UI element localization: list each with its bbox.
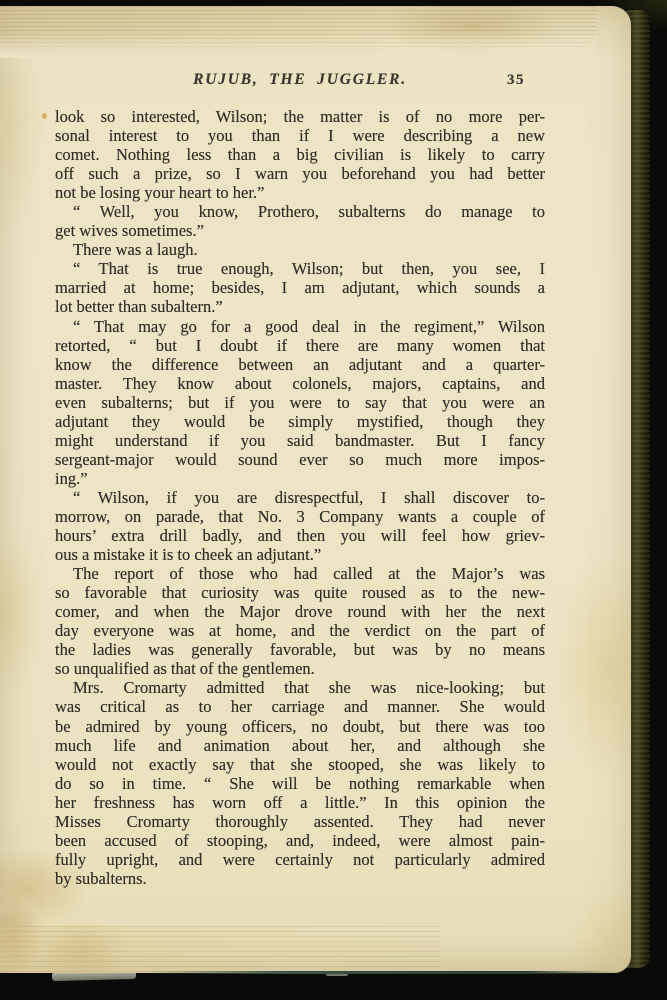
paragraph: “ That may go for a good deal in the reg… (55, 317, 545, 488)
text-line: “ Well, you know, Prothero, subalterns d… (55, 202, 545, 221)
body-text: look so interested, Wilson; the matter i… (55, 107, 545, 888)
paragraph: “ Wilson, if you are disrespectful, I sh… (55, 488, 545, 564)
text-line: retorted, “ but I doubt if there are man… (55, 336, 545, 355)
text-line: the ladies was generally favorable, but … (55, 640, 545, 659)
text-line: sergeant-major would sound ever so much … (55, 450, 545, 469)
page-stack-edge-top (0, 6, 596, 58)
text-line: ing.” (55, 469, 545, 488)
text-line: married at home; besides, I am adjutant,… (55, 278, 545, 297)
paragraph: “ Well, you know, Prothero, subalterns d… (55, 202, 545, 240)
page-number: 35 (507, 72, 525, 89)
text-line: her freshness has worn off a little.” In… (55, 793, 545, 812)
text-line: be admired by young officers, no doubt, … (55, 717, 545, 736)
text-line: ous a mistake it is to cheek an adjutant… (55, 545, 545, 564)
text-line: “ That may go for a good deal in the reg… (55, 317, 545, 336)
text-line: hours’ extra drill badly, and then you w… (55, 526, 545, 545)
text-line: was critical as to her carriage and mann… (55, 697, 545, 716)
text-line: look so interested, Wilson; the matter i… (55, 107, 545, 126)
paragraph: look so interested, Wilson; the matter i… (55, 107, 545, 202)
text-line: fully upright, and were certainly not pa… (55, 850, 545, 869)
running-title: RUJUB, THE JUGGLER. (55, 71, 545, 89)
text-line: know the difference between an adjutant … (55, 355, 545, 374)
text-line: There was a laugh. (55, 240, 545, 259)
text-line: get wives sometimes.” (55, 221, 545, 240)
text-line: might understand if you said bandmaster.… (55, 431, 545, 450)
text-line: by subalterns. (55, 869, 545, 888)
book-page: RUJUB, THE JUGGLER. 35 look so intereste… (0, 6, 631, 973)
running-header: RUJUB, THE JUGGLER. 35 (55, 71, 545, 95)
text-line: Misses Cromarty thoroughly assented. The… (55, 812, 545, 831)
text-line: Mrs. Cromarty admitted that she was nice… (55, 678, 545, 697)
book-scan: RUJUB, THE JUGGLER. 35 look so intereste… (0, 0, 667, 1000)
text-line: morrow, on parade, that No. 3 Company wa… (55, 507, 545, 526)
text-line: The report of those who had called at th… (55, 564, 545, 583)
text-line: comet. Nothing less than a big civilian … (55, 145, 545, 164)
text-line: “ That is true enough, Wilson; but then,… (55, 259, 545, 278)
text-line: do so in time. “ She will be nothing rem… (55, 774, 545, 793)
text-line: off such a prize, so I warn you beforeha… (55, 164, 545, 183)
text-line: adjutant they would be simply mystified,… (55, 412, 545, 431)
paragraph: There was a laugh. (55, 240, 545, 259)
text-line: not be losing your heart to her.” (55, 183, 545, 202)
text-line: would not exactly say that she stooped, … (55, 755, 545, 774)
text-line: so unqualified as that of the gentlemen. (55, 659, 545, 678)
text-line: lot better than subaltern.” (55, 297, 545, 316)
page-stack-edge-bottom (0, 926, 440, 973)
text-line: even subalterns; but if you were to say … (55, 393, 545, 412)
foxing-speck (42, 113, 47, 119)
text-line: been accused of stooping, and, indeed, w… (55, 831, 545, 850)
text-line: comer, and when the Major drove round wi… (55, 602, 545, 621)
paragraph: Mrs. Cromarty admitted that she was nice… (55, 678, 545, 888)
text-line: “ Wilson, if you are disrespectful, I sh… (55, 488, 545, 507)
text-line: much life and animation about her, and a… (55, 736, 545, 755)
paragraph: “ That is true enough, Wilson; but then,… (55, 259, 545, 316)
page-bottom-edge (140, 971, 620, 974)
text-line: so favorable that curiosity was quite ro… (55, 583, 545, 602)
text-line: master. They know about colonels, majors… (55, 374, 545, 393)
paragraph: The report of those who had called at th… (55, 564, 545, 678)
text-line: day everyone was at home, and the verdic… (55, 621, 545, 640)
text-line: sonal interest to you than if I were des… (55, 126, 545, 145)
